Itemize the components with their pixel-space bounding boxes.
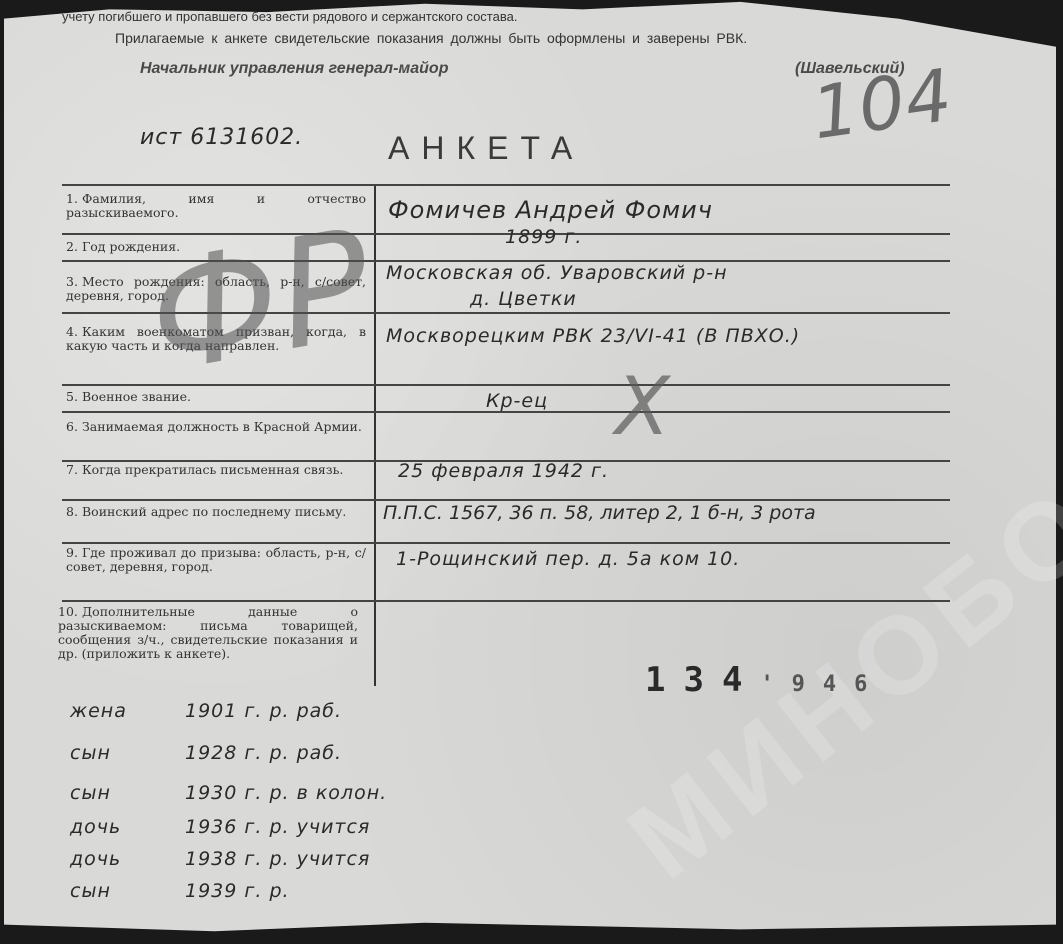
header-line-1: учету погибшего и пропавшего без вести р… bbox=[62, 9, 517, 24]
cross-mark: X bbox=[615, 360, 671, 453]
row-rule bbox=[62, 542, 950, 544]
family-member: дочь1936 г. р. учится bbox=[70, 816, 370, 838]
family-member: сын1939 г. р. bbox=[70, 880, 290, 902]
family-member: дочь1938 г. р. учится bbox=[70, 848, 370, 870]
table-top-rule bbox=[62, 184, 950, 186]
answer-5: Кр-ец bbox=[486, 390, 548, 412]
family-member: сын1928 г. р. раб. bbox=[70, 742, 342, 764]
answer-8: П.П.С. 1567, 36 п. 58, литер 2, 1 б-н, 3… bbox=[383, 502, 816, 524]
answer-9: 1-Рощинский пер. д. 5а ком 10. bbox=[396, 548, 740, 570]
answer-3-line-2: д. Цветки bbox=[470, 288, 577, 310]
answer-7: 25 февраля 1942 г. bbox=[398, 460, 609, 482]
family-member: жена1901 г. р. раб. bbox=[70, 700, 342, 722]
question-10: 10.Дополнительные данные о разыскиваемом… bbox=[58, 605, 358, 661]
question-8: 8.Воинский адрес по последнему письму. bbox=[66, 505, 366, 519]
answer-2: 1899 г. bbox=[505, 226, 582, 248]
answer-4: Москворецким РВК 23/VI-41 (В ПВХО.) bbox=[386, 325, 800, 347]
header-line-2: Прилагаемые к анкете свидетельские показ… bbox=[115, 30, 747, 46]
answer-3: Московская об. Уваровский р-н bbox=[386, 262, 728, 284]
signatory-title: Начальник управления генерал-майор bbox=[140, 60, 448, 78]
date-stamp: 134'946 bbox=[645, 660, 885, 700]
registration-number: ист 6131602. bbox=[140, 125, 303, 150]
answer-1: Фомичев Андрей Фомич bbox=[388, 196, 713, 224]
question-6: 6.Занимаемая должность в Красной Армии. bbox=[66, 420, 366, 434]
form-title: АНКЕТА bbox=[388, 130, 584, 167]
row-rule bbox=[62, 600, 950, 602]
family-member: сын1930 г. р. в колон. bbox=[70, 782, 387, 804]
question-7: 7.Когда прекратилась письменная связь. bbox=[66, 463, 366, 477]
row-rule bbox=[62, 499, 950, 501]
question-9: 9.Где проживал до призыва: область, р-н,… bbox=[66, 546, 366, 574]
